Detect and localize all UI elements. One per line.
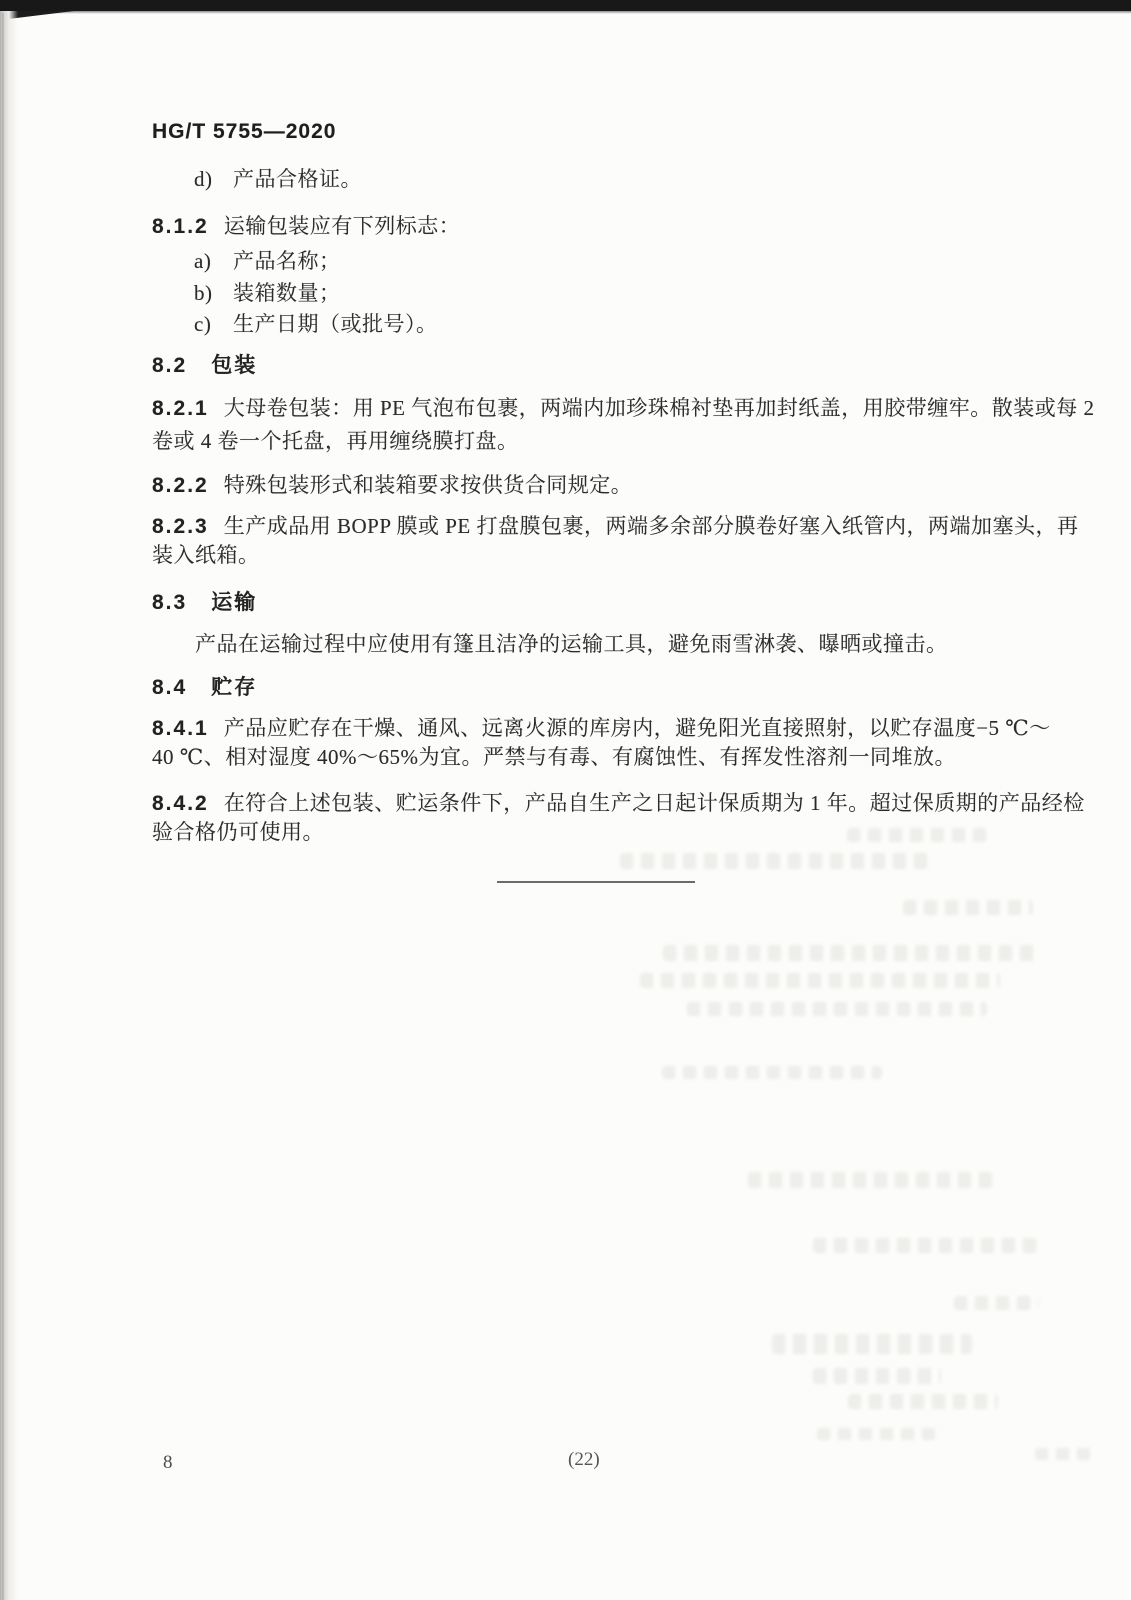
clause-8-4-1-number: 8.4.1 [152,717,209,740]
clause-8-2-1-number: 8.2.1 [152,397,209,420]
scanned-standard-page: HG/T 5755—2020 d)产品合格证。 8.1.2运输包装应有下列标志：… [0,0,1131,1600]
list-item-c-text: 生产日期（或批号）。 [233,312,438,336]
heading-8-4-number: 8.4 [152,676,187,699]
bleed-through-smudge [662,1066,882,1079]
heading-8-2-number: 8.2 [152,354,187,377]
clause-8-1-2-text: 运输包装应有下列标志： [224,214,461,238]
clause-8-2-2-text: 特殊包装形式和装箱要求按供货合同规定。 [224,473,633,497]
clause-8-4-1-text-1: 产品应贮存在干燥、通风、远离火源的库房内，避免阳光直接照射，以贮存温度−5 ℃～ [224,716,1051,740]
clause-8-4-2-line-1: 8.4.2在符合上述包装、贮运条件下，产品自生产之日起计保质期为 1 年。超过保… [152,790,1085,817]
bleed-through-smudge [848,1394,998,1409]
bleed-through-smudge [663,945,1038,961]
clause-8-4-2-text-1: 在符合上述包装、贮运条件下，产品自生产之日起计保质期为 1 年。超过保质期的产品… [224,791,1085,815]
list-item-d: d)产品合格证。 [194,166,362,192]
list-item-c-label: c) [194,311,233,337]
clause-8-2-3-line-2: 装入纸箱。 [152,542,260,568]
clause-8-2-1-line-1: 8.2.1大母卷包装：用 PE 气泡布包裹，两端内加珍珠棉衬垫再加封纸盖，用胶带… [152,395,1094,422]
heading-8-4-title: 贮存 [211,676,257,699]
clause-8-4-2-text-2: 验合格仍可使用。 [152,820,324,844]
clause-8-2-2: 8.2.2特殊包装形式和装箱要求按供货合同规定。 [152,472,632,499]
page-left-edge-line [2,13,4,1600]
heading-8-3: 8.3运输 [152,589,257,616]
list-item-d-text: 产品合格证。 [233,167,362,191]
bleed-through-smudge [817,1428,937,1440]
list-item-b-label: b) [194,280,233,306]
bleed-through-smudge [954,1296,1039,1310]
heading-8-2-title: 包装 [211,354,257,377]
heading-8-3-title: 运输 [211,591,257,614]
clause-8-2-3-line-1: 8.2.3生产成品用 BOPP 膜或 PE 打盘膜包裹，两端多余部分膜卷好塞入纸… [152,513,1078,540]
clause-8-2-3-text-2: 装入纸箱。 [152,543,260,567]
clause-8-2-1-text-2: 卷或 4 卷一个托盘，再用缠绕膜打盘。 [152,429,519,453]
list-item-b: b)装箱数量； [194,280,341,306]
end-of-document-rule [497,881,695,883]
clause-8-4-1-line-2: 40 ℃、相对湿度 40%～65%为宜。严禁与有毒、有腐蚀性、有挥发性溶剂一同堆… [152,744,956,770]
bleed-through-smudge [748,1172,993,1188]
footer-sheet-number: (22) [568,1449,600,1471]
list-item-d-label: d) [194,166,233,192]
bleed-through-smudge [687,1002,987,1016]
scan-top-edge [0,0,1131,11]
clause-8-2-2-number: 8.2.2 [152,474,209,497]
heading-8-2: 8.2包装 [152,352,257,379]
list-item-c: c)生产日期（或批号）。 [194,311,438,337]
bleed-through-smudge [813,1238,1038,1253]
paragraph-8-3-text: 产品在运输过程中应使用有篷且洁净的运输工具，避免雨雪淋袭、曝晒或撞击。 [195,632,948,656]
clause-8-1-2: 8.1.2运输包装应有下列标志： [152,213,460,240]
list-item-a-label: a) [194,248,233,274]
clause-8-4-1-line-1: 8.4.1产品应贮存在干燥、通风、远离火源的库房内，避免阳光直接照射，以贮存温度… [152,715,1051,742]
heading-8-4: 8.4贮存 [152,674,257,701]
bleed-through-smudge [903,900,1033,915]
footer-page-number: 8 [163,1452,173,1474]
scan-top-edge-shadow [0,11,1131,14]
bleed-through-smudge [813,1368,941,1384]
clause-8-2-3-text-1: 生产成品用 BOPP 膜或 PE 打盘膜包裹，两端多余部分膜卷好塞入纸管内，两端… [224,514,1079,538]
list-item-a: a)产品名称； [194,248,341,274]
heading-8-3-number: 8.3 [152,591,187,614]
clause-8-4-2-line-2: 验合格仍可使用。 [152,819,324,845]
bleed-through-smudge [1035,1448,1095,1460]
bleed-through-smudge [640,973,1000,988]
clause-8-2-1-text-1: 大母卷包装：用 PE 气泡布包裹，两端内加珍珠棉衬垫再加封纸盖，用胶带缠牢。散装… [224,396,1095,420]
clause-8-4-2-number: 8.4.2 [152,792,209,815]
bleed-through-smudge [620,853,930,869]
list-item-b-text: 装箱数量； [233,281,341,305]
standard-number-header: HG/T 5755—2020 [152,120,336,144]
bleed-through-smudge [772,1334,972,1354]
clause-8-2-1-line-2: 卷或 4 卷一个托盘，再用缠绕膜打盘。 [152,428,519,454]
clause-8-2-3-number: 8.2.3 [152,515,209,538]
clause-8-4-1-text-2: 40 ℃、相对湿度 40%～65%为宜。严禁与有毒、有腐蚀性、有挥发性溶剂一同堆… [152,745,956,769]
bleed-through-smudge [847,828,987,842]
list-item-a-text: 产品名称； [233,249,341,273]
clause-8-1-2-number: 8.1.2 [152,215,209,238]
paragraph-8-3: 产品在运输过程中应使用有篷且洁净的运输工具，避免雨雪淋袭、曝晒或撞击。 [195,631,948,657]
